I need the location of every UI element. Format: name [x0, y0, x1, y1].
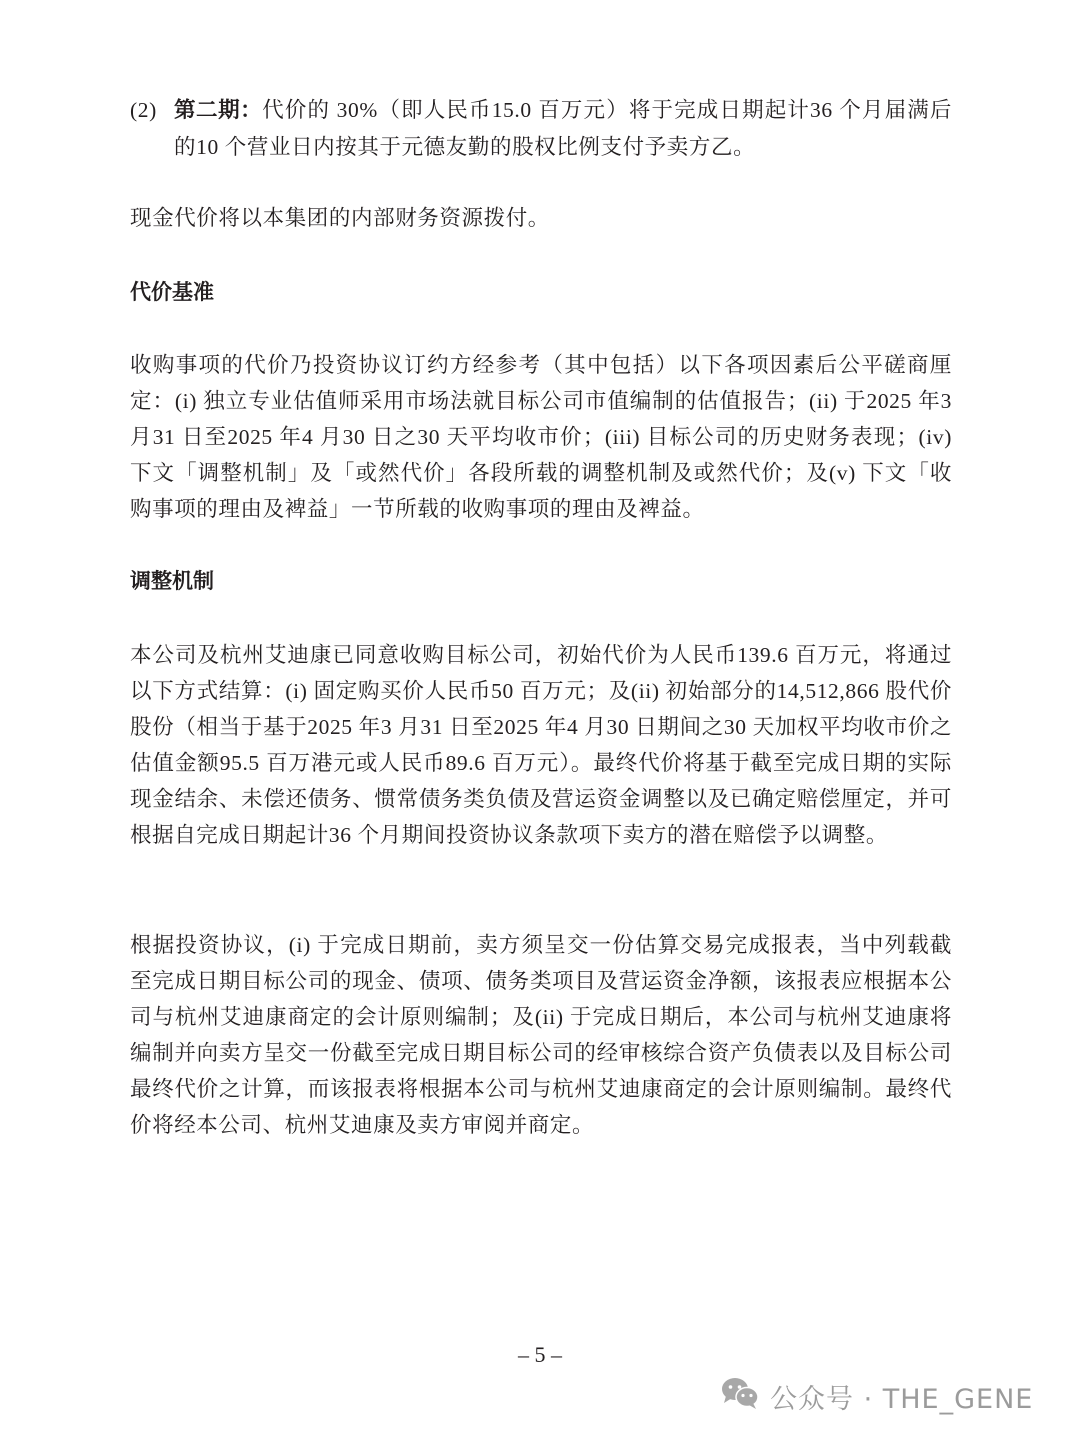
wechat-icon [720, 1376, 770, 1417]
installment-list-item: (2) 第二期：代价的 30%（即人民币15.0 百万元）将于完成日期起计36 … [130, 92, 952, 165]
watermark-text: 公众号 · THE_GENE [770, 1377, 1033, 1416]
list-item-body: 第二期：代价的 30%（即人民币15.0 百万元）将于完成日期起计36 个月届满… [130, 92, 952, 165]
adjustment-paragraph-2: 根据投资协议，(i) 于完成日期前，卖方须呈交一份估算交易完成报表，当中列载截至… [130, 927, 952, 1143]
consideration-basis-paragraph: 收购事项的代价乃投资协议订约方经参考（其中包括）以下各项因素后公平磋商厘定：(i… [130, 347, 952, 527]
list-item-text: 代价的 30%（即人民币15.0 百万元）将于完成日期起计36 个月届满后的10… [174, 98, 952, 159]
list-item-label: 第二期： [174, 98, 262, 123]
document-page: (2) 第二期：代价的 30%（即人民币15.0 百万元）将于完成日期起计36 … [0, 0, 1080, 1440]
page-number: – 5 – [0, 1340, 1080, 1370]
list-item-number: (2) [130, 92, 157, 128]
adjustment-paragraph-1: 本公司及杭州艾迪康已同意收购目标公司，初始代价为人民币139.6 百万元，将通过… [130, 637, 952, 853]
funding-paragraph: 现金代价将以本集团的内部财务资源拨付。 [130, 200, 952, 236]
section-heading-consideration-basis: 代价基准 [130, 277, 214, 307]
section-heading-adjustment-mechanism: 调整机制 [130, 566, 214, 596]
watermark: 公众号 · THE_GENE [720, 1376, 1033, 1416]
